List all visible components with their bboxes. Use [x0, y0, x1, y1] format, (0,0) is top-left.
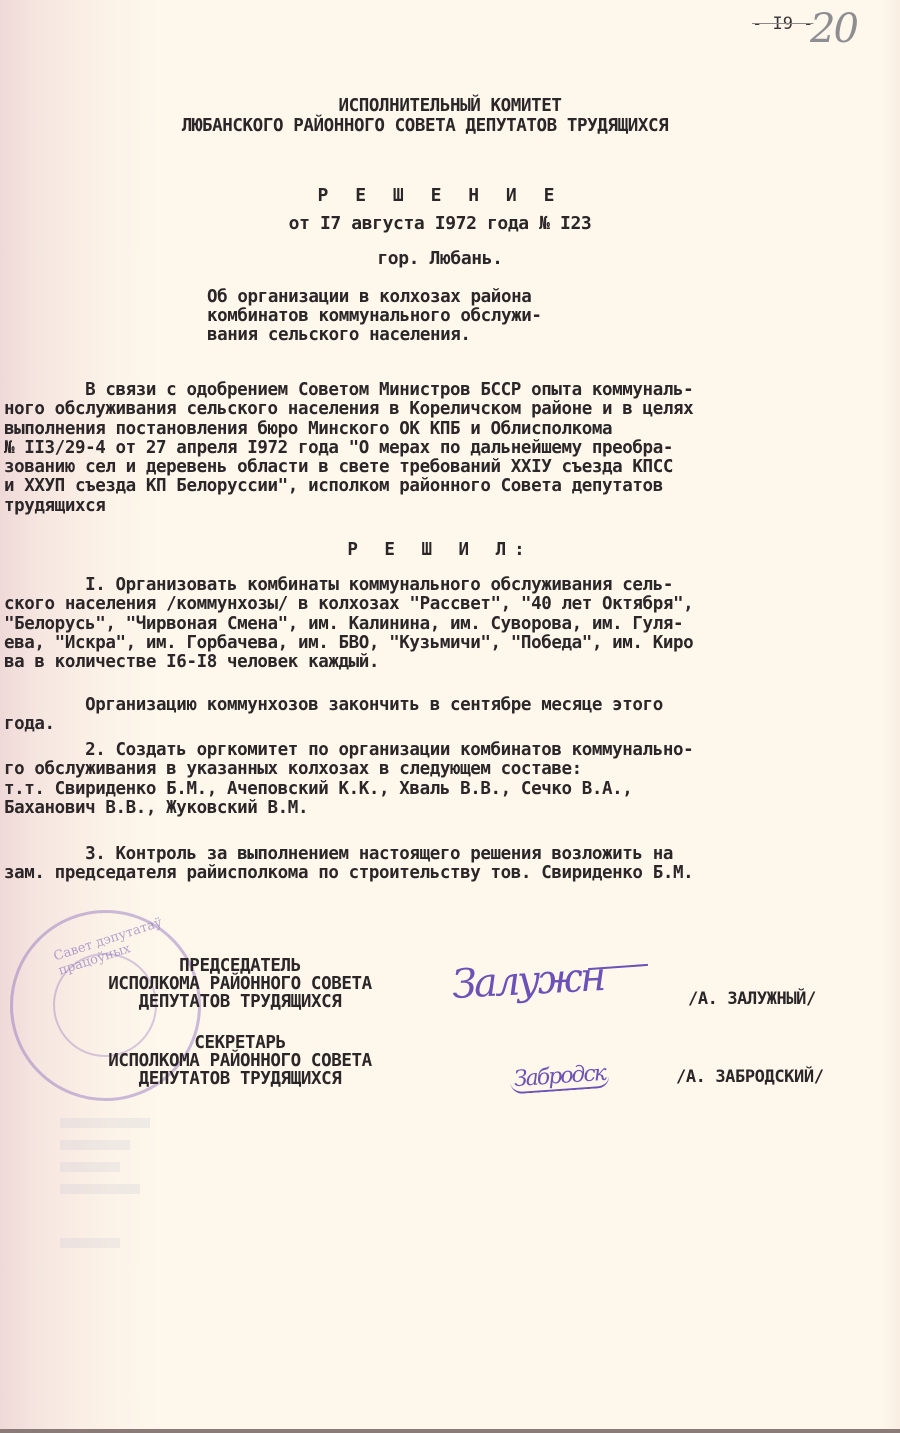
decision-item-1-continuation: Организацию коммунхозов закончить в сент…	[4, 696, 663, 735]
document-type-title: Р Е Ш Е Н И Е	[0, 186, 880, 205]
chairman-name: /А. ЗАЛУЖНЫЙ/	[688, 990, 816, 1009]
bleed-through-mark	[60, 1140, 130, 1150]
bleed-through-mark	[60, 1184, 140, 1194]
header-council: ЛЮБАНСКОГО РАЙОННОГО СОВЕТА ДЕПУТАТОВ ТР…	[0, 117, 850, 136]
old-page-number: - I9 -	[752, 14, 813, 34]
document-city: гор. Любань.	[0, 249, 880, 268]
handwritten-page-number: 20	[810, 6, 857, 52]
document-page: - I9 - 20 ИСПОЛНИТЕЛЬНЫЙ КОМИТЕТ ЛЮБАНСК…	[0, 0, 900, 1433]
chairman-handwritten-signature: Залужн	[451, 954, 604, 1008]
secretary-handwritten-signature: Забродск	[509, 1061, 610, 1095]
page-number: - I9 - 20	[752, 14, 813, 34]
bleed-through-mark	[60, 1162, 120, 1172]
decision-item-2: 2. Создать оргкомитет по организации ком…	[4, 741, 693, 818]
decision-item-3: 3. Контроль за выполнением настоящего ре…	[4, 845, 693, 884]
bleed-through-mark	[60, 1238, 120, 1248]
document-dateline: от I7 августа I972 года № I23	[0, 214, 880, 233]
chairman-title: ПРЕДСЕДАТЕЛЬ ИСПОЛКОМА РАЙОННОГО СОВЕТА …	[80, 957, 400, 1011]
secretary-title: СЕКРЕТАРЬ ИСПОЛКОМА РАЙОННОГО СОВЕТА ДЕП…	[80, 1034, 400, 1088]
preamble-paragraph: В связи с одобрением Советом Министров Б…	[4, 381, 693, 516]
header-committee: ИСПОЛНИТЕЛЬНЫЙ КОМИТЕТ	[0, 97, 900, 116]
bleed-through-mark	[60, 1118, 150, 1128]
decided-heading: Р Е Ш И Л:	[0, 541, 880, 560]
secretary-name: /А. ЗАБРОДСКИЙ/	[676, 1068, 824, 1087]
page-bottom-edge	[0, 1429, 900, 1433]
decision-item-1: I. Организовать комбинаты коммунального …	[4, 576, 693, 672]
document-subject: Об организации в колхозах района комбина…	[207, 288, 542, 345]
